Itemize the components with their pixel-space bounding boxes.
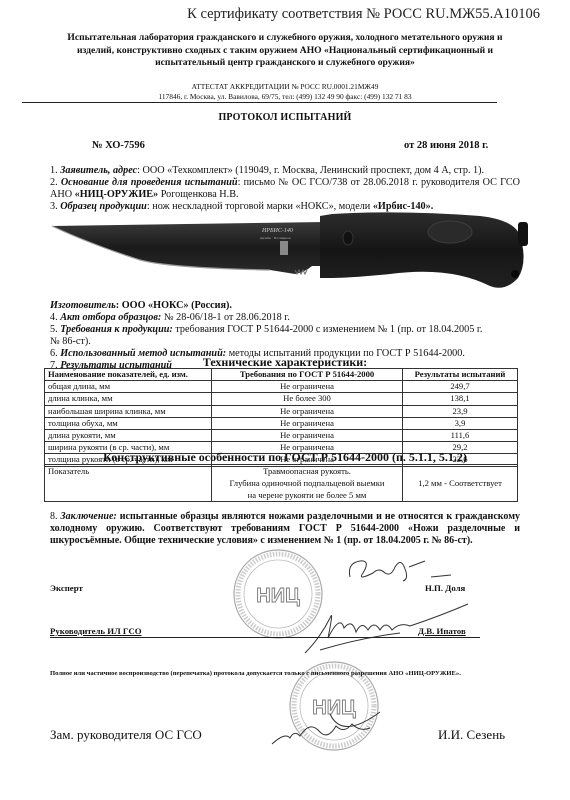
indicator-cell: общая длина, мм <box>45 381 212 393</box>
signature-deputy-icon <box>270 710 410 750</box>
item-number: 2. <box>50 177 61 188</box>
item-manufacturer: Изготовитель: ООО «НОКС» (Россия). <box>50 300 520 312</box>
item-text: № 28-06/18-1 от 28.06.2018 г. <box>161 312 290 323</box>
reproduction-notice: Полное или частичное воспроизводство (пе… <box>50 670 461 677</box>
item-label: Акт отбора образцов: <box>60 312 161 323</box>
requirement-cell: Не ограничена <box>212 417 403 429</box>
handle <box>320 212 528 287</box>
signature-expert-icon <box>345 555 465 585</box>
lab-title-line: изделий, конструктивно сходных с таким о… <box>40 45 530 58</box>
indicator-cell: длина рукояти, мм <box>45 430 212 442</box>
column-header: Результаты испытаний <box>403 369 518 381</box>
logo-mark <box>280 241 288 255</box>
indicator-cell: длина клинка, мм <box>45 393 212 405</box>
item-sample: 3. Образец продукции: нож нескладной тор… <box>50 201 520 213</box>
protocol-number: № ХО-7596 <box>92 140 145 151</box>
table-row: общая длина, ммНе ограничена249,7 <box>45 381 518 393</box>
knife-photo: ИРБИС-140 Дизайн · И.Смирнов <box>50 222 530 298</box>
item-basis: 2. Основание для проведения испытаний: п… <box>50 177 520 201</box>
indicator-cell: толщина обуха, мм <box>45 417 212 429</box>
item-sampling-act: 4. Акт отбора образцов: № 28-06/18-1 от … <box>50 312 520 324</box>
accreditation-number: АТТЕСТАТ АККРЕДИТАЦИИ № РОСС RU.0001.21М… <box>40 82 530 92</box>
column-header: Требования по ГОСТ Р 51644-2000 <box>212 369 403 381</box>
item-label: Образец продукции <box>60 201 147 212</box>
lab-title-line: испытательный центр гражданского и служе… <box>40 57 530 70</box>
item-number: 4. <box>50 312 60 323</box>
lab-title-line: Испытательная лаборатория гражданского и… <box>40 32 530 45</box>
indicator-cell: Показатель <box>45 465 212 502</box>
conclusion-text: испытанные образцы являются ножами разде… <box>50 511 520 546</box>
result-cell: 23,9 <box>403 405 518 417</box>
item-label: Заявитель, адрес <box>60 165 137 176</box>
result-cell: 138,1 <box>403 393 518 405</box>
item-text: : ООО «НОКС» (Россия). <box>116 300 232 311</box>
item-label: Основание для проведения испытаний <box>61 177 238 188</box>
conclusion: 8. Заключение: испытанные образцы являют… <box>50 511 520 548</box>
item-requirements: 5. Требования к продукции: требования ГО… <box>50 324 490 348</box>
deputy-name: И.И. Сезень <box>438 727 505 743</box>
certificate-reference: К сертификату соответствия № РОСС RU.МЖ5… <box>187 6 540 23</box>
item-applicant: 1. Заявитель, адрес: ООО «Техкомплект» (… <box>50 165 520 177</box>
blade: ИРБИС-140 Дизайн · И.Смирнов <box>52 222 325 274</box>
item-number: 5. <box>50 324 60 335</box>
accreditation-block: АТТЕСТАТ АККРЕДИТАЦИИ № РОСС RU.0001.21М… <box>40 82 530 101</box>
item-label: Требования к продукции: <box>60 324 173 335</box>
laboratory-title: Испытательная лаборатория гражданского и… <box>40 32 530 70</box>
requirement-cell: Не более 300 <box>212 393 403 405</box>
item-number: 1. <box>50 165 60 176</box>
constr-table-title: Конструктивные особенности по ГОСТ Р 516… <box>0 450 570 465</box>
result-cell: 1,2 мм - Соответствует <box>403 465 518 502</box>
item-text: : ООО «Техкомплект» (119049, г. Москва, … <box>137 165 484 176</box>
head-label: Руководитель ИЛ ГСО <box>50 626 142 636</box>
column-header: Наименование показателей, ед. изм. <box>45 369 212 381</box>
table-row: толщина обуха, ммНе ограничена3,9 <box>45 417 518 429</box>
table-row: длина клинка, ммНе более 300138,1 <box>45 393 518 405</box>
protocol-date: от 28 июня 2018 г. <box>404 140 488 151</box>
requirement-cell: Не ограничена <box>212 381 403 393</box>
result-cell: 111,6 <box>403 430 518 442</box>
item-text: : нож нескладной торговой марки «НОКС», … <box>147 201 373 212</box>
deputy-label: Зам. руководителя ОС ГСО <box>50 727 202 743</box>
head-name: Д.В. Ипатов <box>418 626 466 636</box>
table-row: наибольшая ширина клинка, ммНе ограничен… <box>45 405 518 417</box>
requirement-cell: Не ограничена <box>212 405 403 417</box>
result-cell: 249,7 <box>403 381 518 393</box>
item-label: Изготовитель <box>50 300 116 311</box>
lab-address: 117846, г. Москва, ул. Вавилова, 69/75, … <box>40 92 530 102</box>
header-divider <box>22 102 497 103</box>
table-row: Показатель Травмоопасная рукоять. Глубин… <box>45 465 518 502</box>
constructive-features-table: Показатель Травмоопасная рукоять. Глубин… <box>44 464 518 502</box>
indicator-cell: наибольшая ширина клинка, мм <box>45 405 212 417</box>
signature-rule <box>50 637 480 638</box>
table-header-row: Наименование показателей, ед. изм. Требо… <box>45 369 518 381</box>
organization-name: «НИЦ-ОРУЖИЕ» <box>75 189 159 200</box>
blade-subtext: Дизайн · И.Смирнов <box>260 236 291 240</box>
svg-text:НИЦ: НИЦ <box>256 585 300 607</box>
expert-label: Эксперт <box>50 583 83 593</box>
item-number: 3. <box>50 201 60 212</box>
requirement-cell: Не ограничена <box>212 430 403 442</box>
requirement-cell: Травмоопасная рукоять. Глубина одиночной… <box>212 465 403 502</box>
protocol-title: ПРОТОКОЛ ИСПЫТАНИЙ <box>0 112 570 123</box>
item-number: 8. <box>50 511 61 522</box>
result-cell: 3,9 <box>403 417 518 429</box>
conclusion-label: Заключение: <box>61 511 117 522</box>
item-text: Рогощенкова Н.В. <box>158 189 238 200</box>
expert-name: Н.П. Доля <box>425 583 465 593</box>
blade-engraving: ИРБИС-140 <box>261 227 293 234</box>
requirement-line: Травмоопасная рукоять. <box>215 465 399 477</box>
requirement-line: на черене рукояти не более 5 мм <box>215 489 399 501</box>
requirement-line: Глубина одиночной подпальцевой выемки <box>215 477 399 489</box>
model-name: «Ирбис-140». <box>373 201 433 212</box>
table-row: длина рукояти, ммНе ограничена111,6 <box>45 430 518 442</box>
